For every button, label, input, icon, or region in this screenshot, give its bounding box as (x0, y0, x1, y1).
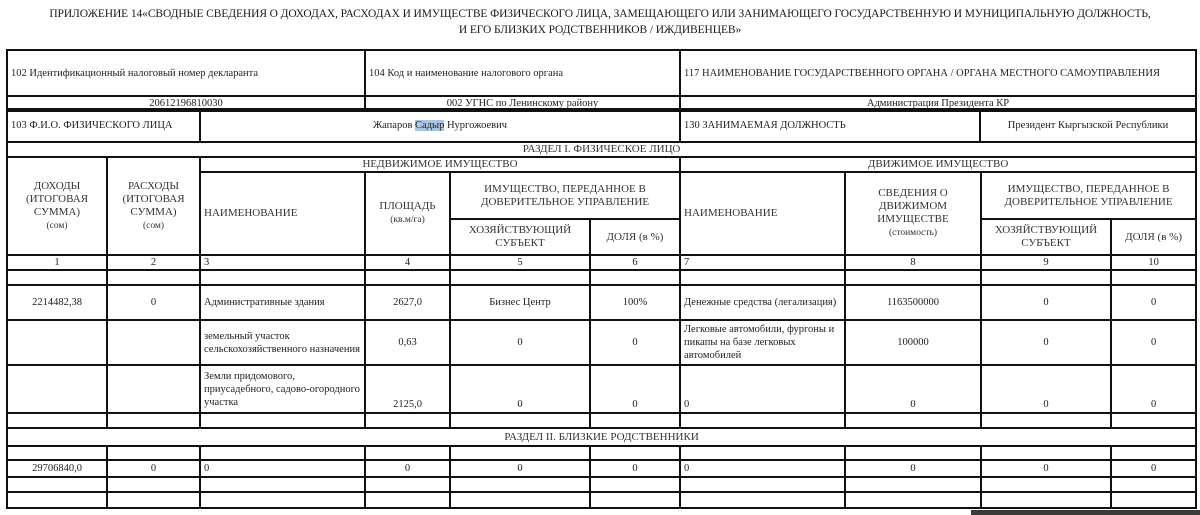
empty-cell (845, 477, 981, 492)
scrollbar[interactable] (971, 510, 1200, 515)
empty-cell (981, 446, 1111, 460)
column-number-row: 12345678910 (7, 255, 1196, 270)
blank-row (7, 413, 1196, 428)
table-cell: 0 (107, 285, 200, 320)
table-cell: 2125,0 (365, 365, 450, 413)
empty-cell (200, 270, 365, 285)
assets-table: РАЗДЕЛ I. ФИЗИЧЕСКОЕ ЛИЦО ДОХОДЫ (ИТОГОВ… (6, 141, 1197, 509)
field-104-label: 104 Код и наименование налогового органа (365, 50, 680, 96)
field-130-label: 130 ЗАНИМАЕМАЯ ДОЛЖНОСТЬ (680, 109, 980, 142)
table-cell (107, 320, 200, 365)
empty-cell (680, 477, 845, 492)
empty-cell (7, 446, 107, 460)
table-cell: 0 (590, 460, 680, 477)
document-title-line1: ПРИЛОЖЕНИЕ 14«СВОДНЫЕ СВЕДЕНИЯ О ДОХОДАХ… (0, 6, 1200, 22)
table-cell: 2214482,38 (7, 285, 107, 320)
blank-row (7, 270, 1196, 285)
field-117-label: 117 НАИМЕНОВАНИЕ ГОСУДАРСТВЕННОГО ОРГАНА… (680, 50, 1196, 96)
empty-cell (200, 413, 365, 428)
table-cell: Административные здания (200, 285, 365, 320)
col-entity2-header: ХОЗЯЙСТВУЮЩИЙ СУБЪЕКТ (981, 219, 1111, 255)
col-entity-header: ХОЗЯЙСТВУЮЩИЙ СУБЪЕКТ (450, 219, 590, 255)
table-cell: 29706840,0 (7, 460, 107, 477)
empty-cell (590, 413, 680, 428)
empty-cell (365, 270, 450, 285)
table-cell: 0 (590, 320, 680, 365)
table-cell: 0 (450, 365, 590, 413)
col-realty-name-header: НАИМЕНОВАНИЕ (200, 172, 365, 255)
table-cell (7, 365, 107, 413)
empty-cell (107, 446, 200, 460)
empty-cell (981, 492, 1111, 508)
col-share2-header: ДОЛЯ (в %) (1111, 219, 1196, 255)
movable-group-header: ДВИЖИМОЕ ИМУЩЕСТВО (680, 157, 1196, 172)
empty-cell (981, 477, 1111, 492)
empty-cell (450, 446, 590, 460)
empty-cell (7, 413, 107, 428)
empty-cell (590, 446, 680, 460)
empty-cell (845, 446, 981, 460)
table-cell: 0,63 (365, 320, 450, 365)
table-cell (7, 320, 107, 365)
selected-text[interactable]: Садыр (415, 120, 444, 131)
column-number: 7 (680, 255, 845, 270)
table-row: 29706840,0000000000 (7, 460, 1196, 477)
table-cell: Легковые автомобили, фургоны и пикапы на… (680, 320, 845, 365)
column-number: 6 (590, 255, 680, 270)
empty-cell (1111, 492, 1196, 508)
table-cell: 2627,0 (365, 285, 450, 320)
empty-cell (450, 413, 590, 428)
column-number: 1 (7, 255, 107, 270)
empty-cell (7, 270, 107, 285)
empty-cell (590, 492, 680, 508)
col-expenses-header: РАСХОДЫ (ИТОГОВАЯ СУММА)(сом) (107, 157, 200, 255)
table-cell: 0 (1111, 285, 1196, 320)
empty-cell (107, 413, 200, 428)
table-cell: 0 (680, 460, 845, 477)
blank-row (7, 477, 1196, 492)
field-130-value: Президент Кыргызской Республики (980, 109, 1196, 142)
col-movable-info-header: СВЕДЕНИЯ О ДВИЖИМОМ ИМУЩЕСТВЕ(стоимость) (845, 172, 981, 255)
col-trust2-header: ИМУЩЕСТВО, ПЕРЕДАННОЕ В ДОВЕРИТЕЛЬНОЕ УП… (981, 172, 1196, 219)
declarant-name-table: 103 Ф.И.О. ФИЗИЧЕСКОГО ЛИЦА Жапаров Сады… (6, 108, 1197, 143)
field-103-label: 103 Ф.И.О. ФИЗИЧЕСКОГО ЛИЦА (7, 109, 200, 142)
empty-cell (845, 413, 981, 428)
empty-cell (365, 492, 450, 508)
empty-cell (680, 492, 845, 508)
col-area-header: ПЛОЩАДЬ(кв.м/га) (365, 172, 450, 255)
empty-cell (981, 413, 1111, 428)
col-movable-name-header: НАИМЕНОВАНИЕ (680, 172, 845, 255)
empty-cell (107, 270, 200, 285)
empty-cell (7, 492, 107, 508)
empty-cell (365, 413, 450, 428)
empty-cell (107, 492, 200, 508)
empty-cell (680, 413, 845, 428)
col-trust-header: ИМУЩЕСТВО, ПЕРЕДАННОЕ В ДОВЕРИТЕЛЬНОЕ УП… (450, 172, 680, 219)
table-row: Земли придомового, приусадебного, садово… (7, 365, 1196, 413)
document-title-line2: И ЕГО БЛИЗКИХ РОДСТВЕННИКОВ / ИЖДИВЕНЦЕВ… (0, 22, 1200, 38)
empty-cell (450, 477, 590, 492)
table-cell: 0 (450, 320, 590, 365)
table-cell: 0 (680, 365, 845, 413)
empty-cell (1111, 446, 1196, 460)
empty-cell (1111, 477, 1196, 492)
empty-cell (200, 492, 365, 508)
empty-cell (450, 270, 590, 285)
table-row: 2214482,380Административные здания2627,0… (7, 285, 1196, 320)
table-cell: 100000 (845, 320, 981, 365)
field-103-value[interactable]: Жапаров Садыр Нургожоевич (200, 109, 680, 142)
table-cell (107, 365, 200, 413)
table-cell: земельный участок сельскохозяйственного … (200, 320, 365, 365)
table-cell: Бизнес Центр (450, 285, 590, 320)
section-2-title: РАЗДЕЛ II. БЛИЗКИЕ РОДСТВЕННИКИ (7, 428, 1196, 446)
empty-cell (200, 446, 365, 460)
table-cell: 0 (200, 460, 365, 477)
empty-cell (1111, 413, 1196, 428)
table-cell: 0 (845, 460, 981, 477)
table-cell: 0 (107, 460, 200, 477)
empty-cell (200, 477, 365, 492)
table-cell: 0 (450, 460, 590, 477)
table-cell: 1163500000 (845, 285, 981, 320)
empty-cell (680, 446, 845, 460)
empty-cell (107, 477, 200, 492)
name-part-patronymic: Нургожоевич (444, 120, 507, 131)
table-row: земельный участок сельскохозяйственного … (7, 320, 1196, 365)
table-cell: 0 (590, 365, 680, 413)
empty-cell (680, 270, 845, 285)
column-number: 2 (107, 255, 200, 270)
column-number: 4 (365, 255, 450, 270)
column-number: 5 (450, 255, 590, 270)
column-number: 3 (200, 255, 365, 270)
column-number: 9 (981, 255, 1111, 270)
empty-cell (590, 270, 680, 285)
table-cell: 0 (981, 320, 1111, 365)
blank-row (7, 446, 1196, 460)
table-cell: 0 (981, 365, 1111, 413)
name-part-surname: Жапаров (373, 120, 415, 131)
table-cell: Денежные средства (легализация) (680, 285, 845, 320)
col-share-header: ДОЛЯ (в %) (590, 219, 680, 255)
table-cell: 0 (981, 285, 1111, 320)
declarant-info-table: 102 Идентификационный налоговый номер де… (6, 49, 1197, 112)
realty-group-header: НЕДВИЖИМОЕ ИМУЩЕСТВО (200, 157, 680, 172)
empty-cell (7, 477, 107, 492)
empty-cell (845, 492, 981, 508)
table-cell: 0 (1111, 460, 1196, 477)
table-cell: 0 (1111, 320, 1196, 365)
empty-cell (1111, 270, 1196, 285)
empty-cell (365, 477, 450, 492)
empty-cell (590, 477, 680, 492)
empty-cell (365, 446, 450, 460)
table-cell: 0 (845, 365, 981, 413)
column-number: 10 (1111, 255, 1196, 270)
empty-cell (450, 492, 590, 508)
table-cell: Земли придомового, приусадебного, садово… (200, 365, 365, 413)
field-102-label: 102 Идентификационный налоговый номер де… (7, 50, 365, 96)
document-title: ПРИЛОЖЕНИЕ 14«СВОДНЫЕ СВЕДЕНИЯ О ДОХОДАХ… (0, 6, 1200, 38)
col-income-header: ДОХОДЫ (ИТОГОВАЯ СУММА)(сом) (7, 157, 107, 255)
column-number: 8 (845, 255, 981, 270)
empty-cell (845, 270, 981, 285)
blank-row (7, 492, 1196, 508)
section-1-title: РАЗДЕЛ I. ФИЗИЧЕСКОЕ ЛИЦО (7, 142, 1196, 157)
empty-cell (981, 270, 1111, 285)
table-cell: 0 (1111, 365, 1196, 413)
table-cell: 0 (981, 460, 1111, 477)
table-cell: 100% (590, 285, 680, 320)
table-cell: 0 (365, 460, 450, 477)
